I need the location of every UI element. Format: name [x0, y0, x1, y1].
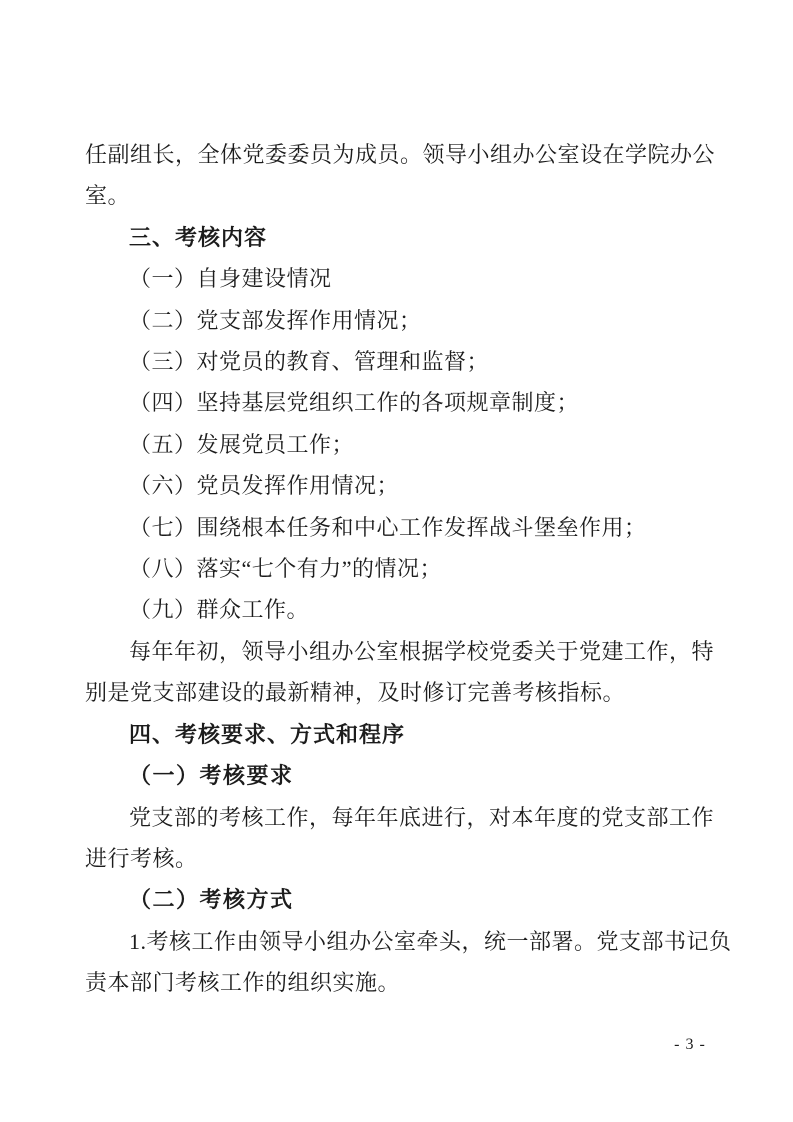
list-item-7: （七）围绕根本任务和中心工作发挥战斗堡垒作用；: [85, 507, 709, 548]
paragraph-continuation-line: 室。: [85, 175, 709, 216]
paragraph-line: 每年年初，领导小组办公室根据学校党委关于党建工作，特: [85, 631, 709, 672]
list-item-3: （三）对党员的教育、管理和监督；: [85, 341, 709, 382]
list-item-9: （九）群众工作。: [85, 589, 709, 630]
document-body: 任副组长，全体党委委员为成员。领导小组办公室设在学院办公 室。 三、考核内容 （…: [85, 134, 709, 1004]
list-item-1: （一）自身建设情况: [85, 258, 709, 299]
paragraph-line: 进行考核。: [85, 838, 709, 879]
paragraph-line: 党支部的考核工作，每年年底进行，对本年度的党支部工作: [85, 797, 709, 838]
section-heading-4: 四、考核要求、方式和程序: [85, 714, 709, 755]
list-item-4: （四）坚持基层党组织工作的各项规章制度；: [85, 382, 709, 423]
document-page: 任副组长，全体党委委员为成员。领导小组办公室设在学院办公 室。 三、考核内容 （…: [0, 0, 793, 1122]
list-item-8: （八）落实“七个有力”的情况；: [85, 548, 709, 589]
paragraph-line: 1.考核工作由领导小组办公室牵头，统一部署。党支部书记负: [85, 921, 709, 962]
list-item-6: （六）党员发挥作用情况；: [85, 465, 709, 506]
list-item-2: （二）党支部发挥作用情况；: [85, 300, 709, 341]
subsection-heading-2: （二）考核方式: [85, 879, 709, 920]
paragraph-line: 责本部门考核工作的组织实施。: [85, 962, 709, 1003]
section-heading-3: 三、考核内容: [85, 217, 709, 258]
paragraph-continuation-line: 任副组长，全体党委委员为成员。领导小组办公室设在学院办公: [85, 134, 709, 175]
list-item-5: （五）发展党员工作；: [85, 424, 709, 465]
page-number: - 3 -: [640, 1036, 740, 1054]
paragraph-line: 别是党支部建设的最新精神，及时修订完善考核指标。: [85, 672, 709, 713]
subsection-heading-1: （一）考核要求: [85, 755, 709, 796]
